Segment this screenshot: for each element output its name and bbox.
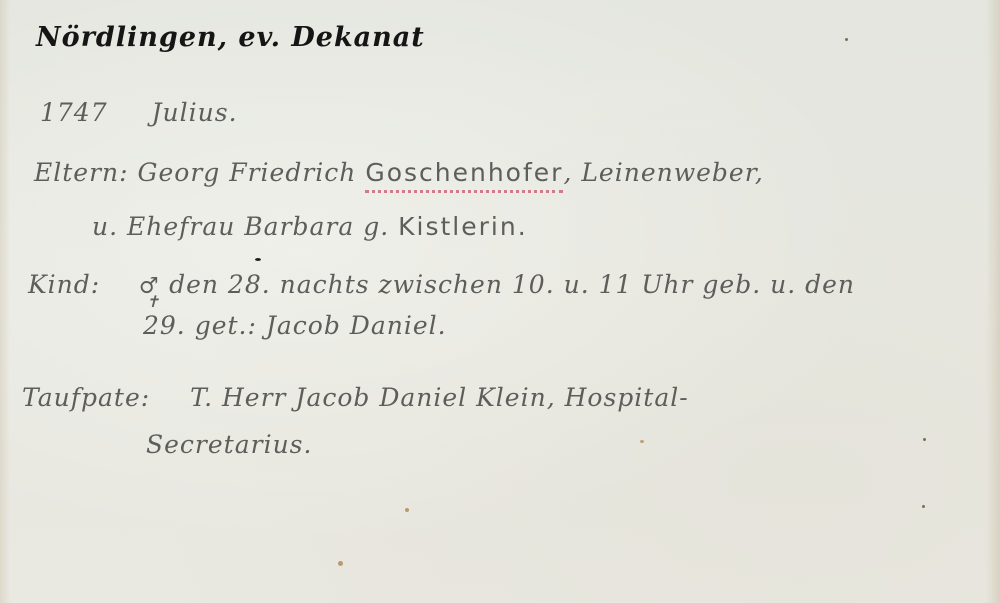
paper-speck	[923, 438, 926, 441]
record-month: Julius.	[152, 98, 238, 127]
record-date: 1747 Julius.	[40, 98, 238, 127]
card-edge-left	[0, 0, 10, 603]
godparent-line: Taufpate: T. Herr Jacob Daniel Klein, Ho…	[22, 383, 689, 412]
paper-speck	[845, 38, 848, 41]
archive-index-card: Nördlingen, ev. Dekanat 1747 Julius. Elt…	[0, 0, 1000, 603]
birth-text: den 28. nachts zwischen 10. u. 11 Uhr ge…	[169, 270, 855, 299]
father-given-names: Georg Friedrich	[138, 158, 357, 187]
card-header: Nördlingen, ev. Dekanat	[36, 22, 425, 53]
card-edge-right	[986, 0, 1000, 603]
parents-line: Eltern: Georg Friedrich Goschenhofer, Le…	[34, 158, 764, 187]
paper-speck	[640, 440, 644, 443]
mother-surname: Kistlerin.	[398, 212, 528, 241]
mother-prefix: u. Ehefrau Barbara g.	[92, 212, 389, 241]
child-label: Kind:	[28, 270, 100, 299]
parents-label: Eltern:	[34, 158, 129, 187]
father-surname: Goschenhofer	[365, 158, 563, 193]
godparent-continuation: Secretarius.	[146, 430, 312, 459]
baptism-text: 29. get.: Jacob Daniel.	[143, 311, 447, 340]
paper-speck	[922, 505, 925, 508]
godparent-text: T. Herr Jacob Daniel Klein, Hospital-	[190, 383, 689, 412]
paper-speck	[338, 561, 343, 566]
mother-line: u. Ehefrau Barbara g. Kistlerin.	[92, 212, 528, 241]
father-occupation: , Leinenweber,	[563, 158, 763, 187]
child-baptism-line: 29. get.: Jacob Daniel.	[143, 311, 447, 340]
paper-speck	[405, 508, 409, 512]
cross-icon: ✝	[146, 292, 160, 311]
paper-speck	[255, 258, 261, 261]
record-year: 1747	[40, 98, 108, 127]
godparent-label: Taufpate:	[22, 383, 150, 412]
